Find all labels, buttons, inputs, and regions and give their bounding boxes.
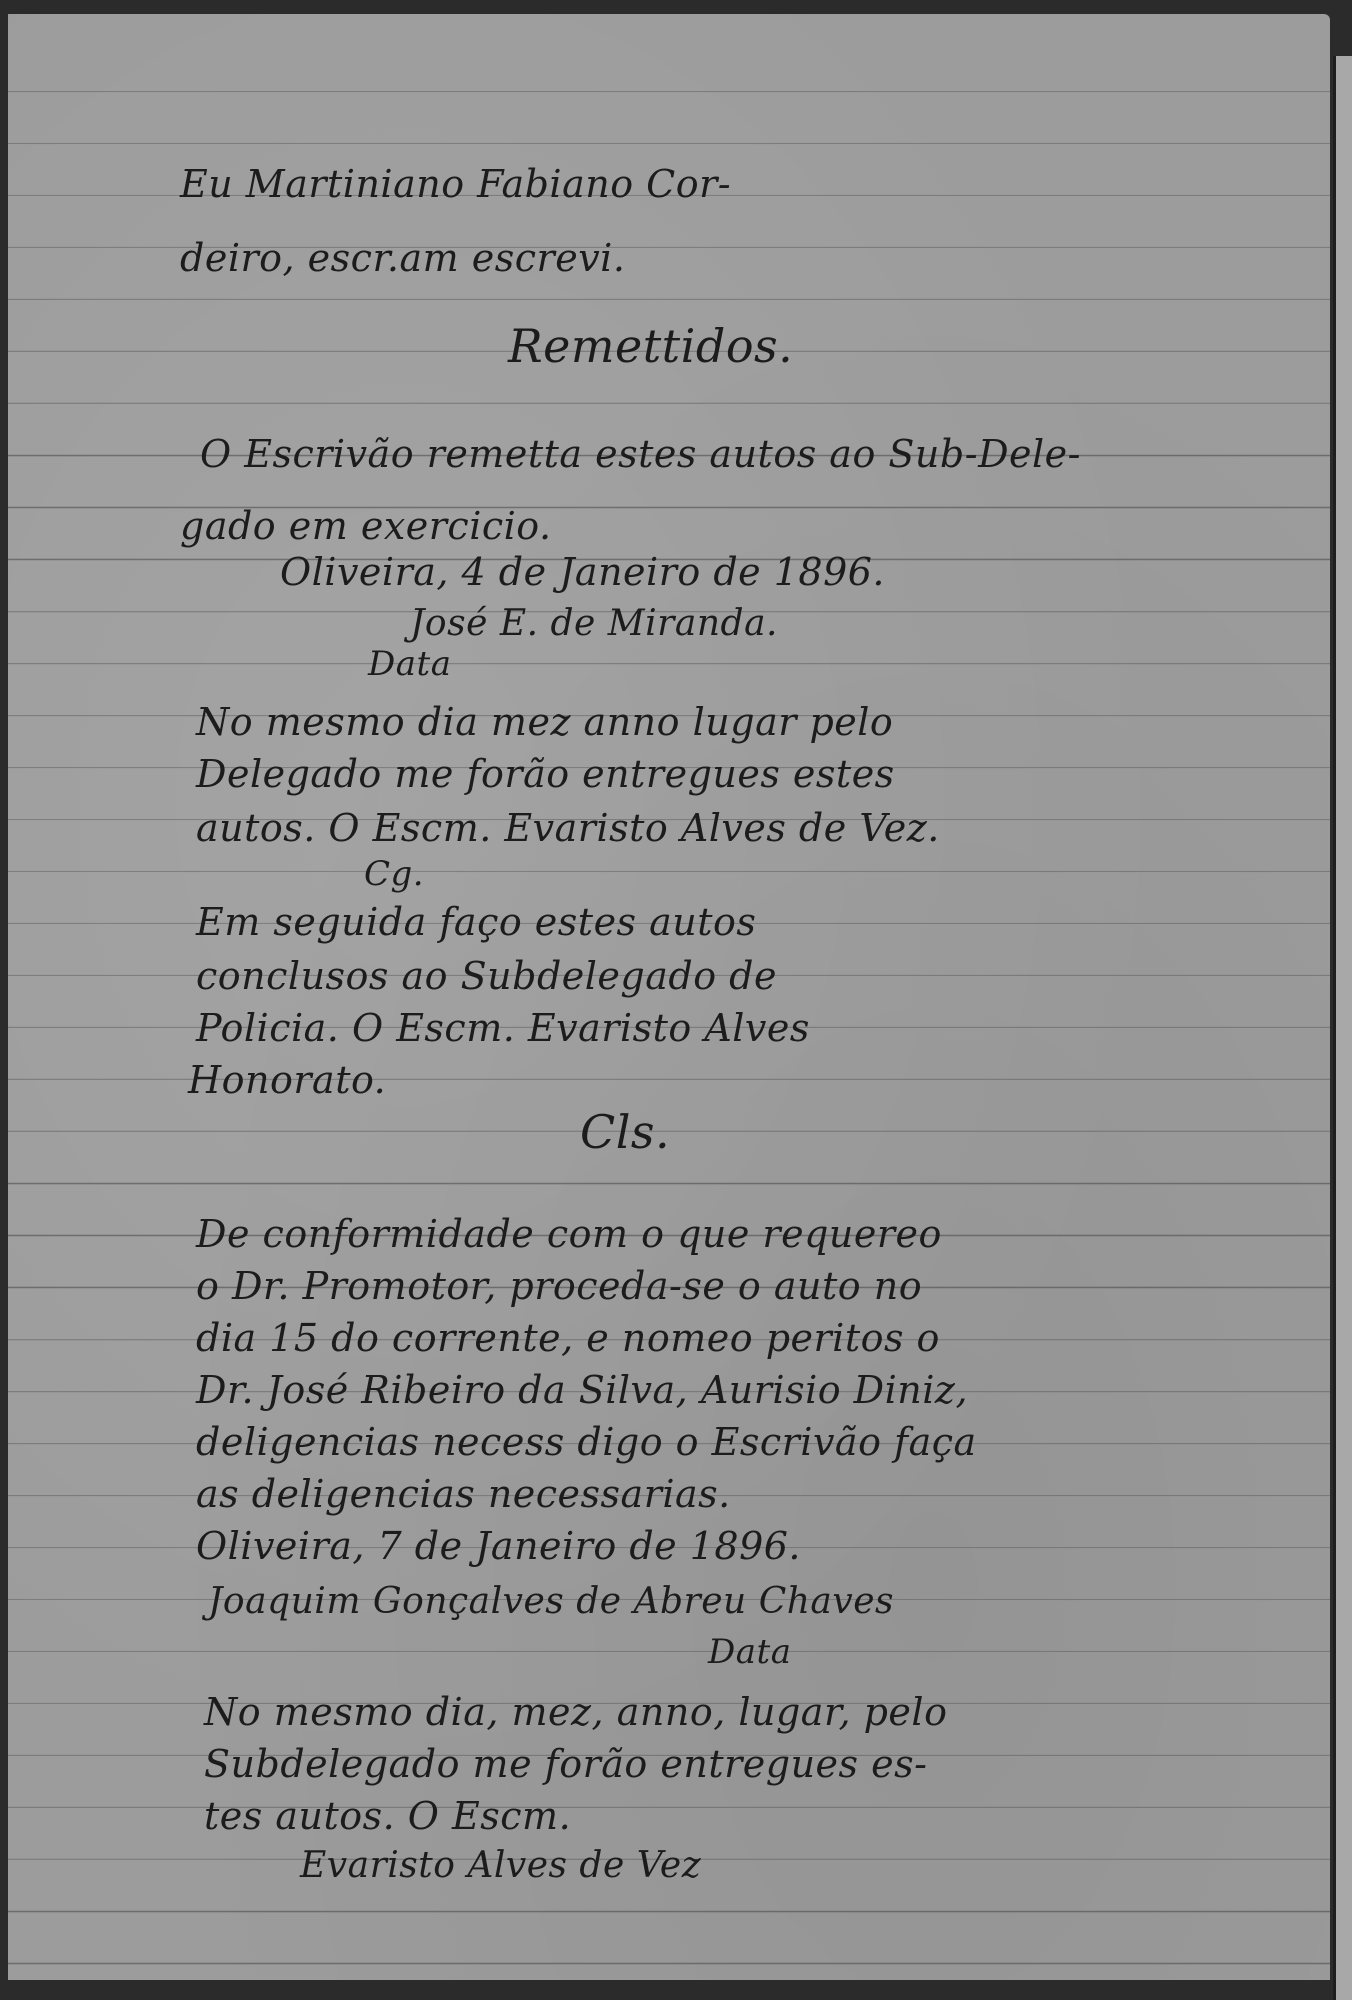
text-line: deiro, escr.am escrevi.: [180, 236, 625, 280]
text-line: o Dr. Promotor, proceda-se o auto no: [196, 1264, 922, 1308]
signature: Joaquim Gonçalves de Abreu Chaves: [208, 1580, 894, 1624]
text-line: Policia. O Escm. Evaristo Alves: [196, 1006, 810, 1050]
text-line: No mesmo dia mez anno lugar pelo: [196, 700, 893, 744]
section-heading: Cls.: [580, 1110, 670, 1154]
text-line: tes autos. O Escm.: [204, 1794, 571, 1838]
text-line: deligencias necess digo o Escrivão faça: [196, 1420, 977, 1464]
section-heading: Data: [708, 1630, 791, 1674]
date-line: Oliveira, 7 de Janeiro de 1896.: [196, 1524, 801, 1568]
signature: José E. de Miranda.: [410, 602, 778, 646]
text-line: conclusos ao Subdelegado de: [196, 954, 777, 998]
text-line: as deligencias necessarias.: [196, 1472, 731, 1516]
text-line: Subdelegado me forão entregues es-: [204, 1742, 927, 1786]
signature: Evaristo Alves de Vez: [300, 1844, 701, 1888]
text-line: gado em exercicio.: [180, 504, 552, 548]
date-line: Oliveira, 4 de Janeiro de 1896.: [280, 550, 885, 594]
adjacent-page-edge: [1333, 56, 1352, 2000]
text-line: O Escrivão remetta estes autos ao Sub-De…: [200, 432, 1081, 476]
initials: Cg.: [364, 852, 424, 896]
text-line: Delegado me forão entregues estes: [196, 752, 895, 796]
text-line: autos. O Escm. Evaristo Alves de Vez.: [196, 806, 940, 850]
text-line: Eu Martiniano Fabiano Cor-: [180, 162, 731, 206]
text-line: dia 15 do corrente, e nomeo peritos o: [196, 1316, 940, 1360]
text-line: De conformidade com o que requereo: [196, 1212, 942, 1256]
section-heading: Data: [368, 642, 451, 686]
text-line: Dr. José Ribeiro da Silva, Aurisio Diniz…: [196, 1368, 968, 1412]
manuscript-page: Eu Martiniano Fabiano Cor- deiro, escr.a…: [8, 14, 1330, 1980]
text-line: No mesmo dia, mez, anno, lugar, pelo: [204, 1690, 947, 1734]
section-heading: Remettidos.: [508, 324, 793, 368]
text-line: Honorato.: [188, 1058, 386, 1102]
text-line: Em seguida faço estes autos: [196, 900, 756, 944]
